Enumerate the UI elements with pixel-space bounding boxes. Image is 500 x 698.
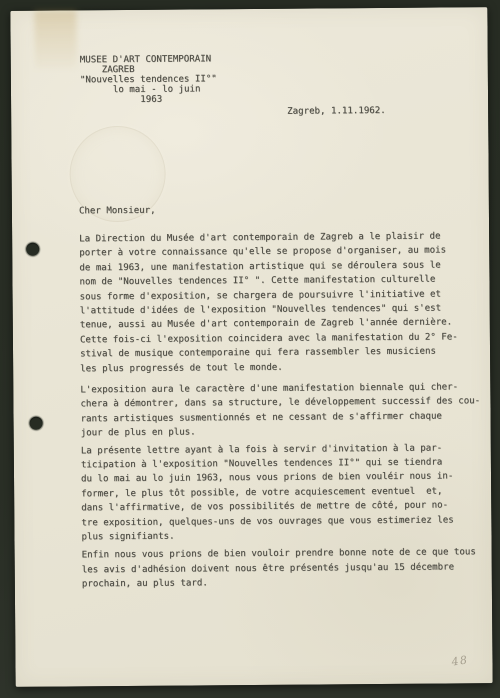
punch-hole bbox=[26, 243, 39, 256]
letter-page: MUSEE D'ART CONTEMPORAIN ZAGREB "Nouvell… bbox=[10, 7, 492, 687]
paragraph-1: La Direction du Musée d'art contemporain… bbox=[79, 229, 490, 376]
paragraph-3: La présente lettre ayant à la fois à ser… bbox=[81, 441, 492, 545]
salutation: Cher Monsieur, bbox=[79, 201, 489, 219]
paragraph-4: Enfin nous vous prions de bien vouloir p… bbox=[82, 546, 492, 592]
paper-stain bbox=[34, 10, 76, 68]
letter-body: Cher Monsieur, La Direction du Musée d'a… bbox=[79, 201, 492, 592]
pencil-page-number: 48 bbox=[451, 653, 470, 668]
scan-background: MUSEE D'ART CONTEMPORAIN ZAGREB "Nouvell… bbox=[0, 0, 500, 698]
punch-hole bbox=[30, 417, 43, 430]
paragraph-2: L'exposition aura le caractère d'une man… bbox=[80, 380, 490, 441]
date-line: Zagreb, 1.11.1962. bbox=[287, 106, 386, 117]
letterhead: MUSEE D'ART CONTEMPORAIN ZAGREB "Nouvell… bbox=[80, 55, 217, 106]
